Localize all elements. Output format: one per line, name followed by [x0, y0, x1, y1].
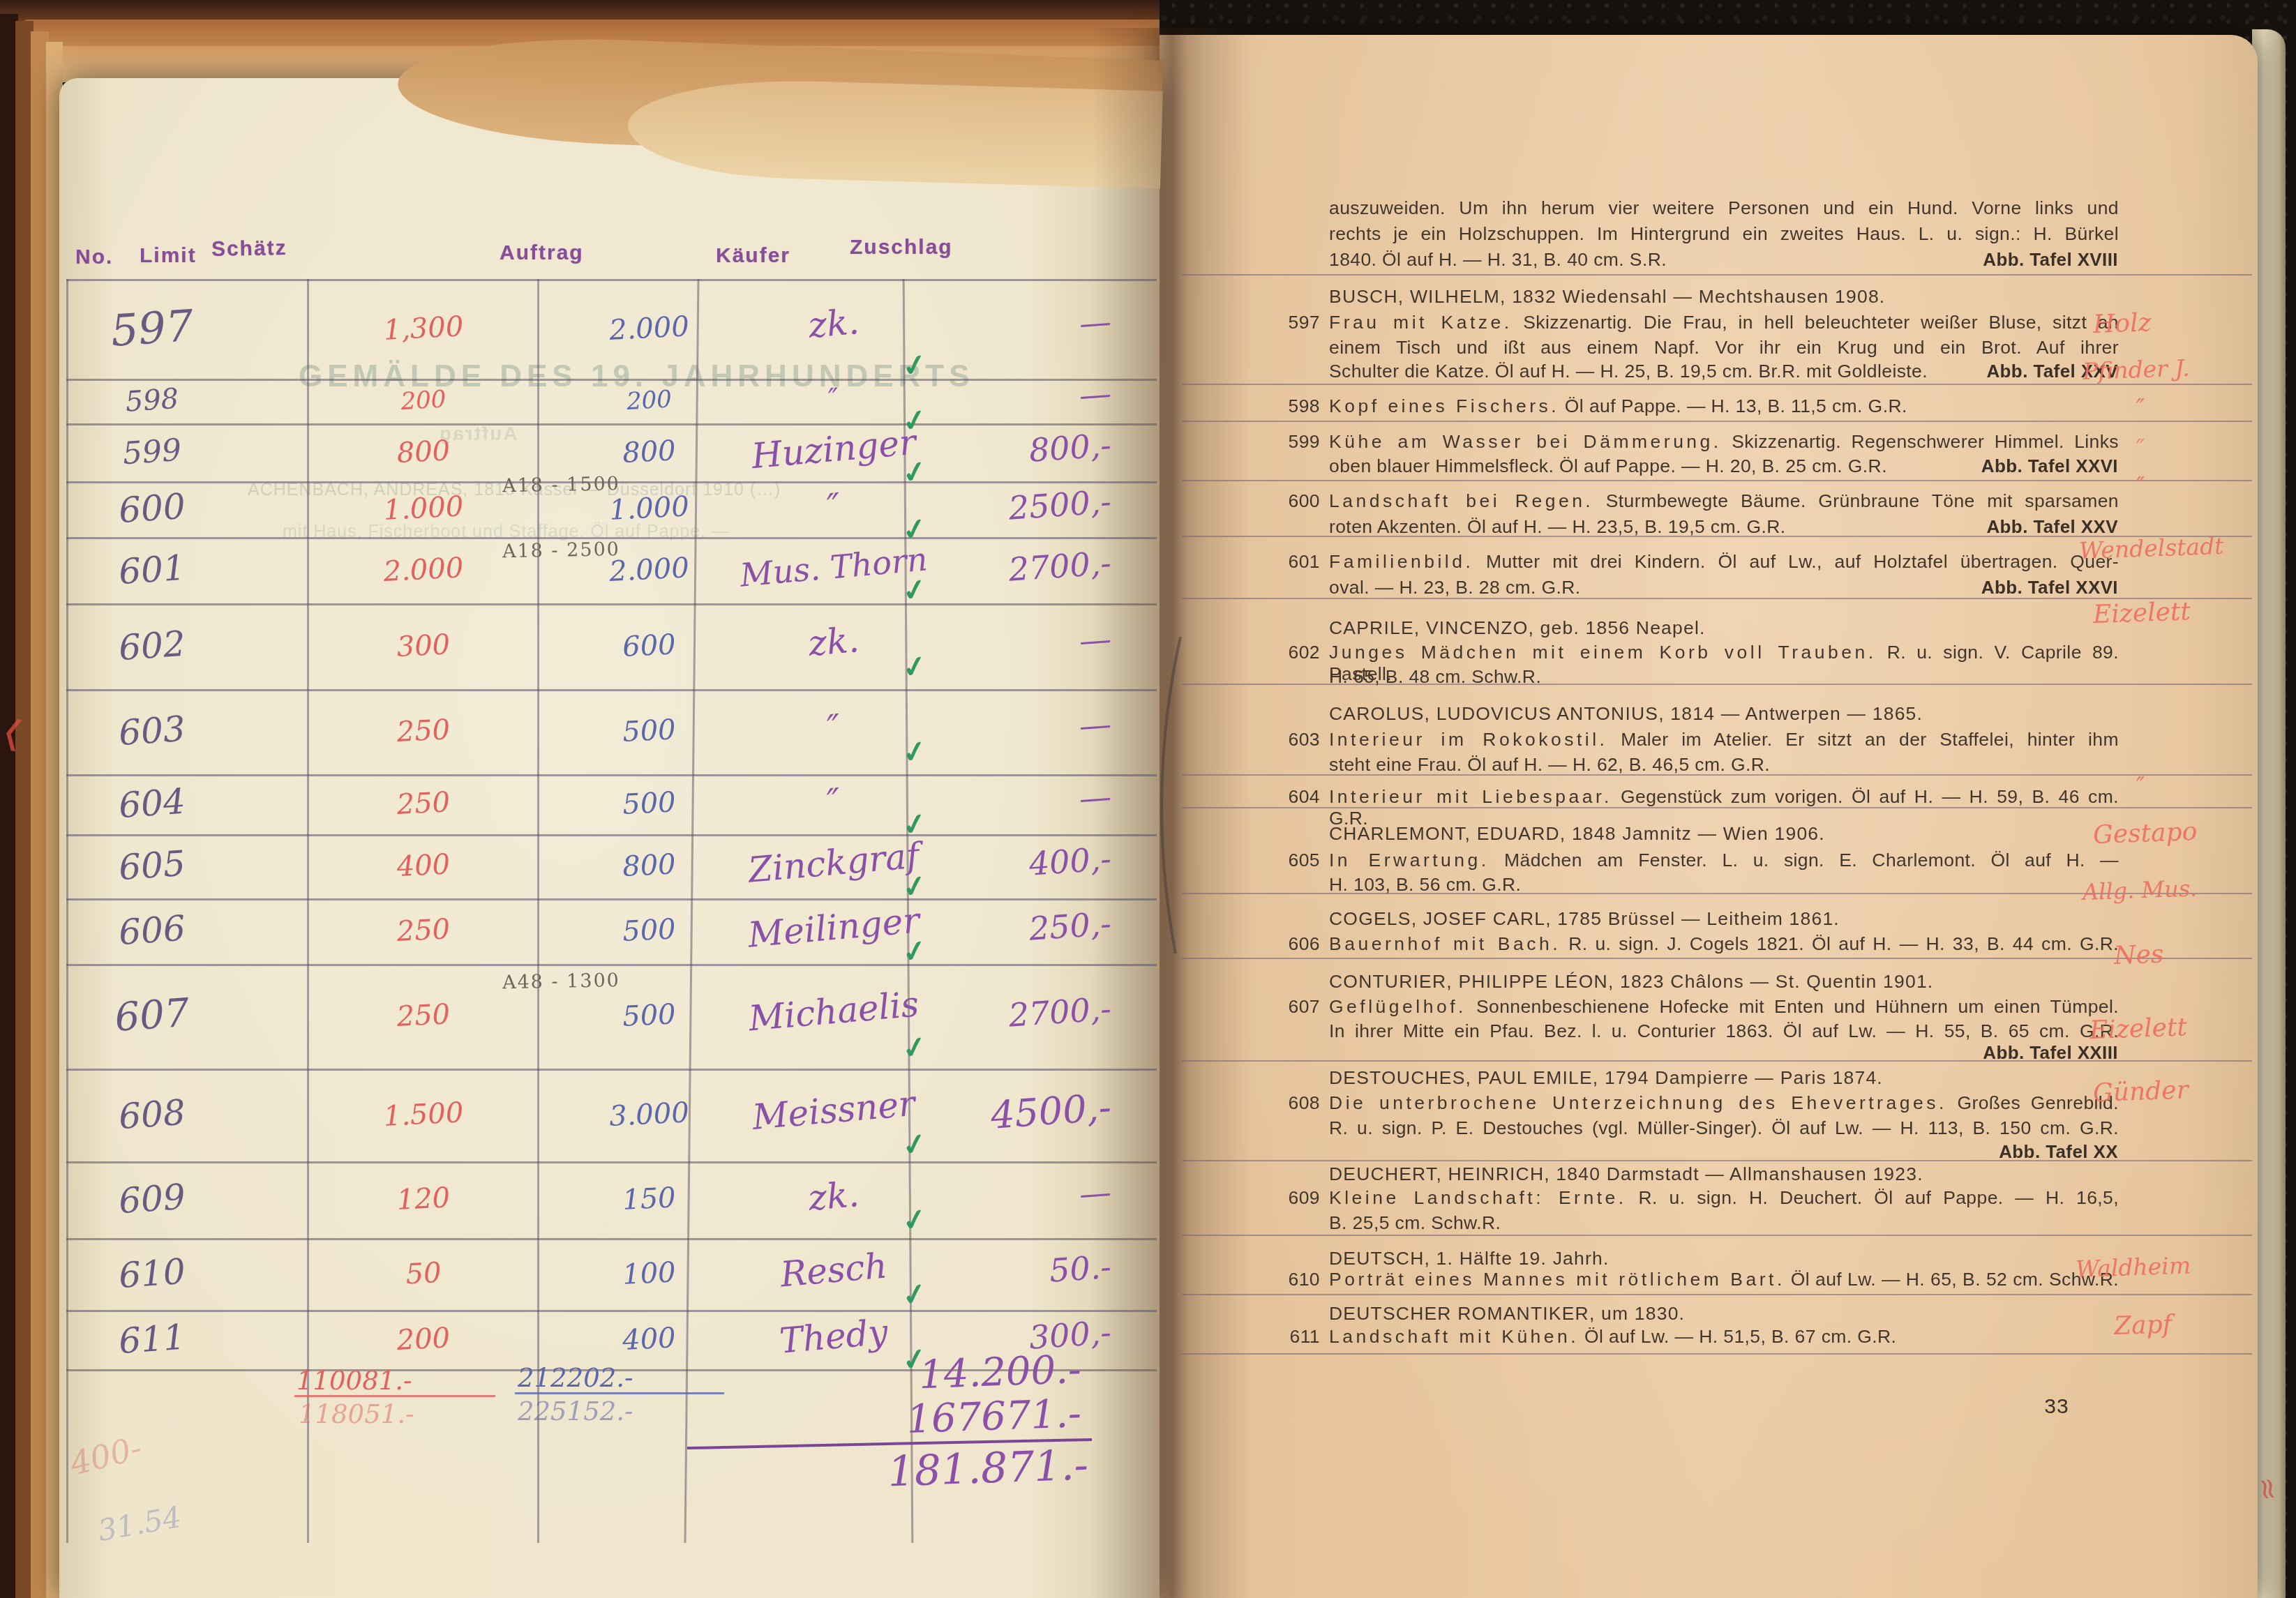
artist-header: CAROLUS, LUDOVICUS ANTONIUS, 1814 — Antw… — [1329, 703, 2119, 725]
catalog-line: H. 103, B. 56 cm. G.R. — [1329, 874, 2119, 896]
lot-title: Kühe am Wasser bei Dämmerung. — [1329, 431, 1722, 452]
ledger-header-zuschlag: Zuschlag — [850, 236, 953, 259]
limit-value: 200 — [311, 1317, 536, 1361]
lot-number: 599 — [71, 428, 234, 475]
lot-number: 604 — [70, 778, 233, 829]
catalog-lot-number: 611 — [1270, 1326, 1320, 1348]
lot-number: 598 — [71, 379, 234, 422]
ledger-row-603: 603 250 500 ″ ✓ — — [66, 689, 1157, 774]
limit-column-total-2: 118051.- — [299, 1399, 414, 1429]
lot-title: In Erwartung. — [1329, 850, 1490, 870]
ledger-header-no: No. — [75, 246, 113, 269]
catalog-rule — [1182, 958, 2252, 959]
catalog-line: steht eine Frau. Öl auf H. — H. 62, B. 4… — [1329, 754, 2119, 776]
limit-value: 400 — [311, 844, 536, 888]
limit-value: 50 — [311, 1251, 536, 1295]
ledger-row-609: 609 120 150 zk. ✓ — — [66, 1161, 1157, 1238]
artist-header: CAPRILE, VINCENZO, geb. 1856 Neapel. — [1329, 617, 2119, 639]
lot-number: 611 — [70, 1313, 233, 1364]
catalog-line: Porträt eines Mannes mit rötlichem Bart.… — [1329, 1269, 2119, 1290]
lot-number: 602 — [70, 619, 233, 671]
lot-number: 607 — [70, 987, 234, 1043]
ledger-row-605: 605 400 800 Zinckgraf ✓ 400,- — [66, 834, 1157, 898]
lot-number: 600 — [70, 483, 233, 534]
catalog-rule — [1182, 1353, 2252, 1355]
catalog-line: Familienbild. Mutter mit drei Kindern. Ö… — [1329, 551, 2119, 573]
ledger-row-597: 597 1,300 2.000 zk. ✓ — — [66, 279, 1157, 379]
lot-title: Bauernhof mit Bach. — [1329, 933, 1561, 954]
lot-title: Frau mit Katze. — [1329, 312, 1513, 333]
catalog-line: Die unterbrochene Unterzeichnung des Ehe… — [1329, 1092, 2119, 1114]
catalog-line: Frau mit Katze. Skizzenartig. Die Frau, … — [1329, 312, 2119, 333]
catalog-line: Interieur im Rokokostil. Maler im Atelie… — [1329, 729, 2119, 751]
catalog-line: Kühe am Wasser bei Dämmerung. Skizzenart… — [1329, 431, 2119, 453]
artist-header: COGELS, JOSEF CARL, 1785 Brüssel — Leith… — [1329, 908, 2119, 930]
catalog-lot-number: 599 — [1270, 431, 1320, 453]
catalog-line: H. 65, B. 48 cm. Schw.R. — [1329, 666, 2119, 688]
limit-value: 250 — [311, 994, 536, 1038]
plate-reference: Abb. Tafel XVIII — [1786, 249, 2118, 271]
catalog-rule — [1182, 1294, 2252, 1295]
catalog-line: Bauernhof mit Bach. R. u. sign. J. Cogel… — [1329, 933, 2119, 955]
catalog-lot-number: 610 — [1270, 1269, 1320, 1290]
lot-number: 605 — [70, 840, 233, 891]
total-underline — [294, 1395, 495, 1397]
catalog-rule — [1182, 421, 2252, 422]
limit-value: 200 — [311, 381, 536, 421]
catalog-line: In Erwartung. Mädchen am Fenster. L. u. … — [1329, 850, 2119, 871]
artist-header: CONTURIER, PHILIPPE LÉON, 1823 Châlons —… — [1329, 971, 2119, 993]
limit-column-total: 110081.- — [297, 1366, 412, 1396]
lot-text: Mutter mit drei Kindern. Öl auf Lw., auf… — [1486, 551, 2119, 572]
lot-text: Sonnenbeschienene Hofecke mit Enten und … — [1476, 996, 2119, 1017]
catalog-lot-number: 602 — [1270, 642, 1320, 663]
limit-value: 250 — [311, 909, 536, 953]
ledger-row-598: 598 200 200 ″ ✓ — — [66, 379, 1157, 423]
limit-value: 250 — [311, 782, 536, 826]
catalog-rule — [1182, 1235, 2252, 1236]
lot-title: Geflügelhof. — [1329, 996, 1466, 1017]
ledger-header-limit: Limit — [140, 244, 197, 268]
pencil-note: A18 - 1500 — [502, 471, 753, 497]
lot-title: Landschaft bei Regen. — [1329, 490, 1593, 511]
artist-header: DESTOUCHES, PAUL EMILE, 1794 Dampierre —… — [1329, 1067, 2119, 1089]
limit-value: 1,300 — [311, 306, 536, 350]
plate-reference: Abb. Tafel XXVI — [1786, 455, 2118, 477]
ledger-header-schaetz: Schätz — [211, 236, 287, 262]
catalog-rule — [1182, 480, 2252, 481]
lot-number: 609 — [70, 1173, 233, 1225]
catalog-lot-number: 603 — [1270, 729, 1320, 751]
total-underline — [515, 1392, 724, 1394]
artist-header: CHARLEMONT, EDUARD, 1848 Jamnitz — Wien … — [1329, 823, 2119, 845]
lot-text: Sturmbewegte Bäume. Grünbraune Töne mit … — [1606, 490, 2119, 511]
lot-text: Öl auf Pappe. — H. 13, B. 11,5 cm. G.R. — [1565, 395, 1907, 416]
catalog-line: auszuweiden. Um ihn herum vier weitere P… — [1329, 197, 2119, 219]
scanned-auction-ledger-spread: { "palette": { "left_page": "#ece2c8", "… — [0, 0, 2296, 1598]
catalog-line: einem Tisch und ißt aus einem Napf. Vor … — [1329, 337, 2119, 359]
plate-reference: Abb. Tafel XXIII — [1786, 1042, 2118, 1064]
lot-title: Familienbild. — [1329, 551, 1473, 572]
catalog-line: Geflügelhof. Sonnenbeschienene Hofecke m… — [1329, 996, 2119, 1018]
catalog-line: Kleine Landschaft: Ernte. R. u. sign. H.… — [1329, 1187, 2119, 1209]
lot-title: Interieur im Rokokostil. — [1329, 729, 1607, 750]
lot-number: 601 — [70, 543, 233, 595]
catalog-line: rechts je ein Holzschuppen. Im Hintergru… — [1329, 223, 2119, 245]
catalog-line: Landschaft mit Kühen. Öl auf Lw. — H. 51… — [1329, 1326, 2119, 1348]
catalog-line: In ihrer Mitte ein Pfau. Bez. l. u. Cont… — [1329, 1020, 2119, 1042]
lot-text: Öl auf Lw. — H. 65, B. 52 cm. Schw.R. — [1791, 1269, 2119, 1290]
lot-text: Skizzenartig. Regenschwerer Himmel. Link… — [1732, 431, 2119, 452]
catalog-rule — [1182, 274, 2252, 276]
artist-header: DEUTSCH, 1. Hälfte 19. Jahrh. — [1329, 1248, 2119, 1269]
estimate-column-total: 212202.- — [518, 1363, 633, 1393]
lot-title: Die unterbrochene Unterzeichnung des Ehe… — [1329, 1092, 1947, 1113]
catalog-line: Landschaft bei Regen. Sturmbewegte Bäume… — [1329, 490, 2119, 512]
catalog-line: R. u. sign. P. E. Destouches (vgl. Mülle… — [1329, 1117, 2119, 1139]
plate-reference: Abb. Tafel XX — [1786, 1141, 2118, 1163]
ledger-row-600: 600 1.000 1.000 A18 - 1500 ″ ✓ 2500,- — [66, 481, 1157, 537]
lot-text: R. u. sign. J. Cogels 1821. Öl auf H. — … — [1568, 933, 2119, 954]
limit-value: 1.500 — [311, 1092, 536, 1136]
limit-value: 250 — [311, 709, 536, 753]
lot-text: Mädchen am Fenster. L. u. sign. E. Charl… — [1504, 850, 2119, 870]
lot-number: 603 — [70, 705, 233, 757]
catalog-lot-number: 600 — [1270, 490, 1320, 512]
ledger-row-601: 601 2.000 2.000 A18 - 2500 Mus. Thorn ✓ … — [66, 537, 1157, 603]
catalog-lot-number: 609 — [1270, 1187, 1320, 1209]
plate-reference: Abb. Tafel XXV — [1786, 361, 2118, 382]
ledger-row-606: 606 250 500 Meilinger ✓ 250,- — [66, 898, 1157, 964]
lot-number: 610 — [70, 1247, 233, 1299]
catalog-lot-number: 607 — [1270, 996, 1320, 1018]
ledger-row-602: 602 300 600 zk. ✓ — — [66, 603, 1157, 689]
plate-reference: Abb. Tafel XXVI — [1786, 577, 2118, 598]
lot-text: Maler im Atelier. Er sitzt an der Staffe… — [1621, 729, 2119, 750]
estimate-column-total-2: 225152.- — [518, 1396, 633, 1426]
ledger-row-607: 607 250 500 A48 - 1300 Michaelis ✓ 2700,… — [66, 964, 1157, 1069]
catalog-lot-number: 597 — [1270, 312, 1320, 333]
limit-value: 800 — [311, 430, 536, 474]
artist-header: DEUCHERT, HEINRICH, 1840 Darmstadt — All… — [1329, 1163, 2119, 1185]
ledger-header-auftrag: Auftrag — [500, 241, 584, 265]
catalog-lot-number: 598 — [1270, 395, 1320, 417]
ledger-row-610: 610 50 100 Resch ✓ 50.- — [66, 1238, 1157, 1310]
artist-header: BUSCH, WILHELM, 1832 Wiedensahl — Mechts… — [1329, 286, 2119, 308]
catalog-lot-number: 601 — [1270, 551, 1320, 573]
pencil-note: A48 - 1300 — [502, 967, 753, 993]
lot-title: Junges Mädchen mit einem Korb voll Traub… — [1329, 642, 1877, 663]
lot-text: R. u. sign. H. Deuchert. Öl auf Pappe. —… — [1638, 1187, 2119, 1208]
artist-header: DEUTSCHER ROMANTIKER, um 1830. — [1329, 1303, 2119, 1325]
lot-title: Porträt eines Mannes mit rötlichem Bart. — [1329, 1269, 1785, 1290]
page-number: 33 — [2029, 1395, 2085, 1419]
lot-text: Öl auf Lw. — H. 51,5, B. 67 cm. G.R. — [1584, 1326, 1896, 1347]
catalog-lot-number: 604 — [1270, 786, 1320, 808]
catalog-lot-number: 608 — [1270, 1092, 1320, 1114]
lot-number: 608 — [70, 1088, 233, 1140]
lot-text: Skizzenartig. Die Frau, in hell beleucht… — [1523, 312, 2119, 333]
limit-value: 120 — [311, 1177, 536, 1221]
plate-reference: Abb. Tafel XXV — [1786, 516, 2118, 538]
catalog-lot-number: 606 — [1270, 933, 1320, 955]
catalog-line: Kopf eines Fischers. Öl auf Pappe. — H. … — [1329, 395, 2119, 417]
lot-title: Kopf eines Fischers. — [1329, 395, 1559, 416]
lot-title: Kleine Landschaft: Ernte. — [1329, 1187, 1627, 1208]
ledger-row-604: 604 250 500 ″ ✓ — — [66, 774, 1157, 834]
lot-number: 597 — [70, 297, 234, 359]
ledger-header-kaeufer: Käufer — [716, 244, 790, 268]
lot-title: Landschaft mit Kühen. — [1329, 1326, 1579, 1347]
catalog-line: B. 25,5 cm. Schw.R. — [1329, 1212, 2119, 1234]
limit-value: 300 — [311, 624, 536, 668]
catalog-lot-number: 605 — [1270, 850, 1320, 871]
lot-number: 606 — [70, 905, 233, 956]
lot-title: Interieur mit Liebespaar. — [1329, 786, 1612, 807]
ledger-row-608: 608 1.500 3.000 Meissner ✓ 4500,- — [66, 1069, 1157, 1161]
